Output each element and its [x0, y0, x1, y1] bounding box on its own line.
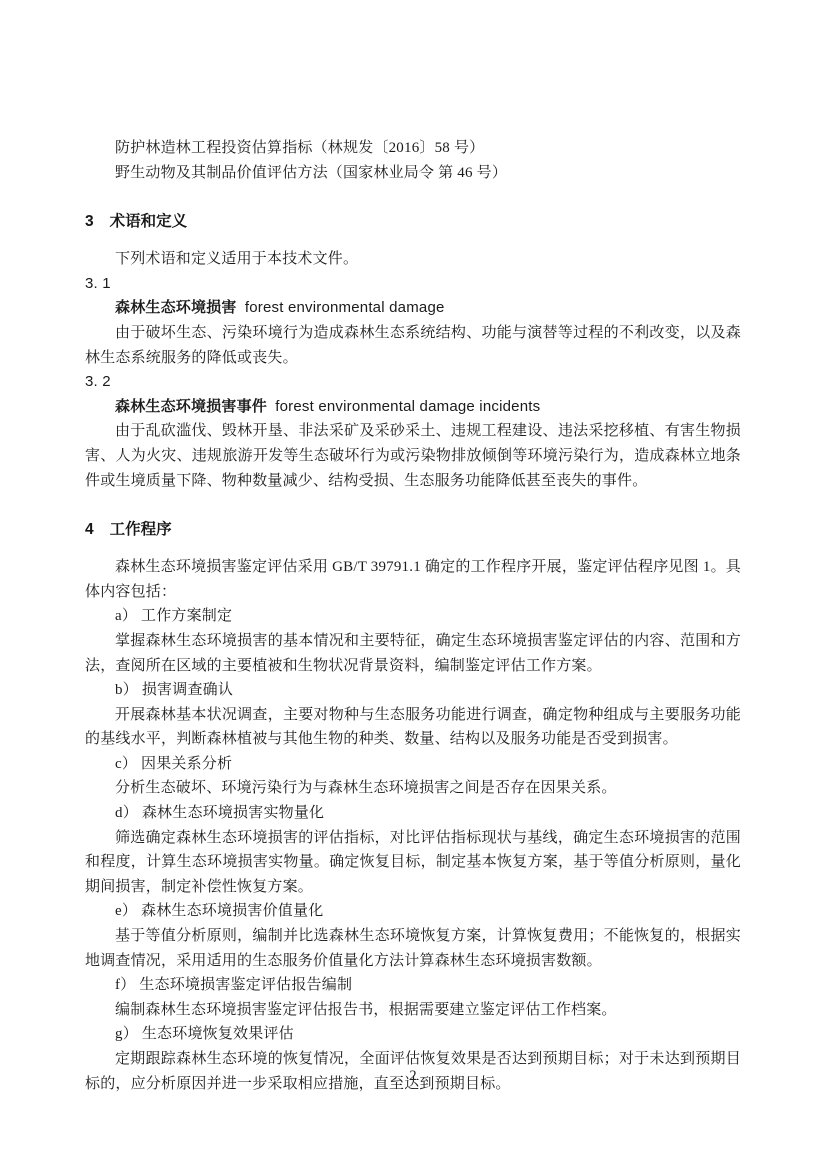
step-body: 编制森林生态环境损害鉴定评估报告书，根据需要建立鉴定评估工作档案。 — [85, 998, 741, 1023]
page-number: 2 — [0, 1068, 826, 1085]
term-english: forest environmental damage incidents — [275, 398, 540, 415]
term-title: 森林生态环境损害forest environmental damage — [85, 296, 741, 321]
term-chinese: 森林生态环境损害 — [115, 299, 237, 316]
section-title: 工作程序 — [110, 521, 172, 538]
step-label: g） 生态环境恢复效果评估 — [85, 1022, 741, 1047]
step-body: 掌握森林生态环境损害的基本情况和主要特征，确定生态环境损害鉴定评估的内容、范围和… — [85, 629, 741, 678]
step-body: 分析生态破坏、环境污染行为与森林生态环境损害之间是否存在因果关系。 — [85, 776, 741, 801]
step-body: 基于等值分析原则，编制并比选森林生态环境恢复方案，计算恢复费用；不能恢复的，根据… — [85, 924, 741, 973]
section-number: 3 — [85, 210, 94, 234]
document-content: 防护林造林工程投资估算指标（林规发〔2016〕58 号） 野生动物及其制品价值评… — [85, 136, 741, 1096]
step-label: e） 森林生态环境损害价值量化 — [85, 899, 741, 924]
term-chinese: 森林生态环境损害事件 — [115, 398, 267, 415]
reference-line: 防护林造林工程投资估算指标（林规发〔2016〕58 号） — [85, 136, 741, 161]
section-3-heading: 3术语和定义 — [85, 210, 741, 234]
step-label: a） 工作方案制定 — [85, 604, 741, 629]
step-label: d） 森林生态环境损害实物量化 — [85, 801, 741, 826]
reference-line: 野生动物及其制品价值评估方法（国家林业局令 第 46 号） — [85, 161, 741, 186]
term-number: 3. 1 — [85, 272, 741, 297]
section-4-heading: 4工作程序 — [85, 518, 741, 542]
step-label: f） 生态环境损害鉴定评估报告编制 — [85, 973, 741, 998]
term-english: forest environmental damage — [245, 299, 445, 316]
step-body: 筛选确定森林生态环境损害的评估指标，对比评估指标现状与基线，确定生态环境损害的范… — [85, 826, 741, 900]
step-label: b） 损害调查确认 — [85, 678, 741, 703]
term-definition: 由于乱砍滥伐、毁林开垦、非法采矿及采砂采土、违规工程建设、违法采挖移植、有害生物… — [85, 419, 741, 493]
term-definition: 由于破坏生态、污染环境行为造成森林生态系统结构、功能与演替等过程的不利改变，以及… — [85, 321, 741, 370]
section-number: 4 — [85, 518, 94, 542]
terms-intro: 下列术语和定义适用于本技术文件。 — [85, 247, 741, 272]
term-title: 森林生态环境损害事件forest environmental damage in… — [85, 395, 741, 420]
procedure-intro: 森林生态环境损害鉴定评估采用 GB/T 39791.1 确定的工作程序开展，鉴定… — [85, 555, 741, 604]
section-title: 术语和定义 — [110, 213, 188, 230]
document-page: 防护林造林工程投资估算指标（林规发〔2016〕58 号） 野生动物及其制品价值评… — [0, 0, 826, 1169]
step-body: 开展森林基本状况调查，主要对物种与生态服务功能进行调查，确定物种组成与主要服务功… — [85, 703, 741, 752]
term-number: 3. 2 — [85, 370, 741, 395]
step-label: c） 因果关系分析 — [85, 752, 741, 777]
